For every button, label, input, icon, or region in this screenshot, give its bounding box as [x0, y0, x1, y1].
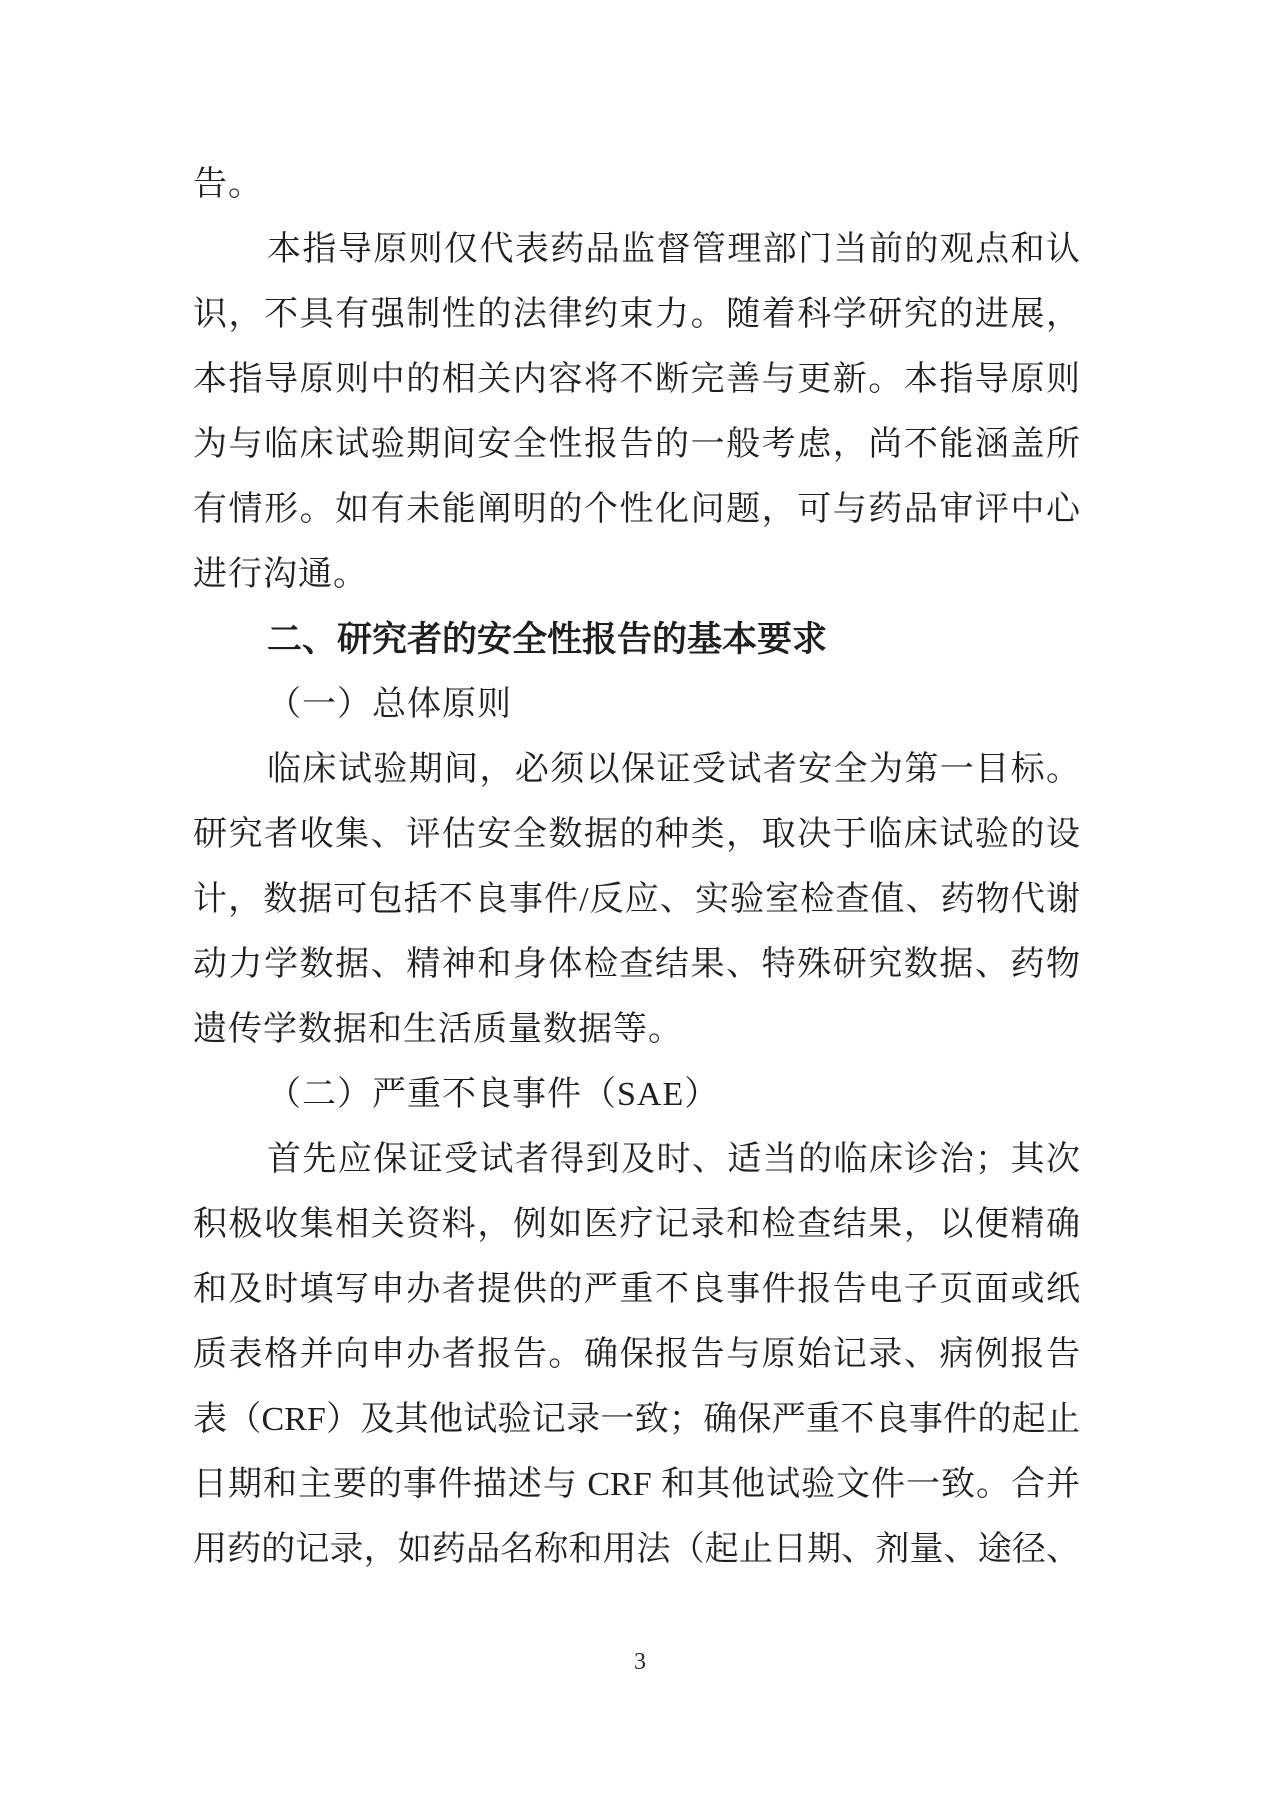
text-line: 本指导原则仅代表药品监督管理部门当前的观点和认	[193, 217, 1080, 282]
text-line: 质表格并向申办者报告。确保报告与原始记录、病例报告	[193, 1322, 1080, 1387]
text-line: 识，不具有强制性的法律约束力。随着科学研究的进展，	[193, 282, 1080, 347]
page-number: 3	[0, 1648, 1280, 1676]
text-line: 遗传学数据和生活质量数据等。	[193, 997, 1080, 1062]
text-line: 临床试验期间，必须以保证受试者安全为第一目标。	[193, 737, 1080, 802]
text-line: 研究者收集、评估安全数据的种类，取决于临床试验的设	[193, 802, 1080, 867]
text-line: 积极收集相关资料，例如医疗记录和检查结果，以便精确	[193, 1192, 1080, 1257]
section-heading: 二、研究者的安全性报告的基本要求	[193, 607, 1080, 672]
text-line: 本指导原则中的相关内容将不断完善与更新。本指导原则	[193, 347, 1080, 412]
text-line: 表（CRF）及其他试验记录一致；确保严重不良事件的起止	[193, 1387, 1080, 1452]
text-line: （一）总体原则	[193, 672, 1080, 737]
text-line: 日期和主要的事件描述与 CRF 和其他试验文件一致。合并	[193, 1452, 1080, 1517]
text-line: 进行沟通。	[193, 542, 1080, 607]
text-line: 动力学数据、精神和身体检查结果、特殊研究数据、药物	[193, 932, 1080, 997]
text-line: 有情形。如有未能阐明的个性化问题，可与药品审评中心	[193, 477, 1080, 542]
text-line: 告。	[193, 152, 1080, 217]
text-line: 计，数据可包括不良事件/反应、实验室检查值、药物代谢	[193, 867, 1080, 932]
text-column: 告。本指导原则仅代表药品监督管理部门当前的观点和认识，不具有强制性的法律约束力。…	[193, 152, 1080, 1582]
text-line: 为与临床试验期间安全性报告的一般考虑，尚不能涵盖所	[193, 412, 1080, 477]
document-page: 告。本指导原则仅代表药品监督管理部门当前的观点和认识，不具有强制性的法律约束力。…	[0, 0, 1280, 1810]
text-line: 用药的记录，如药品名称和用法（起止日期、剂量、途径、	[193, 1517, 1080, 1582]
text-line: 首先应保证受试者得到及时、适当的临床诊治；其次	[193, 1127, 1080, 1192]
text-line: （二）严重不良事件（SAE）	[193, 1062, 1080, 1127]
text-line: 和及时填写申办者提供的严重不良事件报告电子页面或纸	[193, 1257, 1080, 1322]
